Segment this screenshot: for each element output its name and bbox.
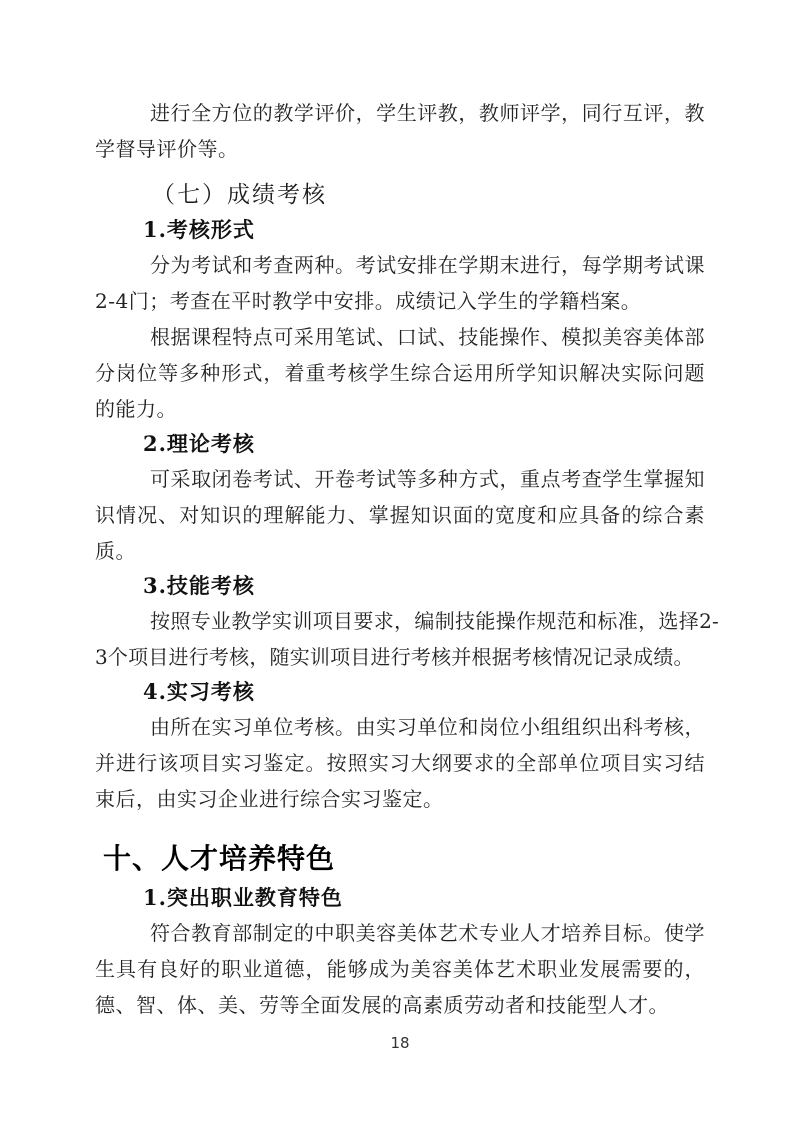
document-body: 进行全方位的教学评价，学生评教，教师评学，同行互评，教学督导评价等。 （七）成绩… bbox=[95, 95, 705, 1023]
subheading-assessment-form: 1.考核形式 bbox=[143, 213, 705, 247]
page-number: 18 bbox=[390, 1034, 409, 1052]
paragraph-skill-assessment: 按照专业教学实训项目要求，编制技能操作规范和标准，选择2-3个项目进行考核，随实… bbox=[95, 603, 719, 675]
paragraph-exam-arrangement: 分为考试和考查两种。考试安排在学期末进行，每学期考试课2-4门；考查在平时教学中… bbox=[95, 247, 705, 319]
paragraph-theory-assessment: 可采取闭卷考试、开卷考试等多种方式，重点考查学生掌握知识情况、对知识的理解能力、… bbox=[95, 461, 705, 569]
paragraph-vocational-education-feature: 符合教育部制定的中职美容美体艺术专业人才培养目标。使学生具有良好的职业道德，能够… bbox=[95, 915, 705, 1023]
subheading-vocational-education-feature: 1.突出职业教育特色 bbox=[143, 881, 705, 915]
document-page: 进行全方位的教学评价，学生评教，教师评学，同行互评，教学督导评价等。 （七）成绩… bbox=[0, 0, 800, 1131]
subheading-skill-assessment: 3.技能考核 bbox=[143, 569, 705, 603]
paragraph-exam-methods: 根据课程特点可采用笔试、口试、技能操作、模拟美容美体部分岗位等多种形式，着重考核… bbox=[95, 319, 705, 427]
subheading-internship-assessment: 4.实习考核 bbox=[143, 675, 705, 709]
paragraph-teaching-evaluation: 进行全方位的教学评价，学生评教，教师评学，同行互评，教学督导评价等。 bbox=[95, 95, 705, 167]
subheading-theory-assessment: 2.理论考核 bbox=[143, 427, 705, 461]
section-heading-grade-assessment: （七）成绩考核 bbox=[95, 177, 705, 213]
paragraph-internship-assessment: 由所在实习单位考核。由实习单位和岗位小组组织出科考核，并进行该项目实习鉴定。按照… bbox=[95, 709, 705, 817]
chapter-heading-talent-cultivation: 十、人才培养特色 bbox=[103, 837, 705, 881]
page-footer: 18 bbox=[0, 1033, 800, 1052]
